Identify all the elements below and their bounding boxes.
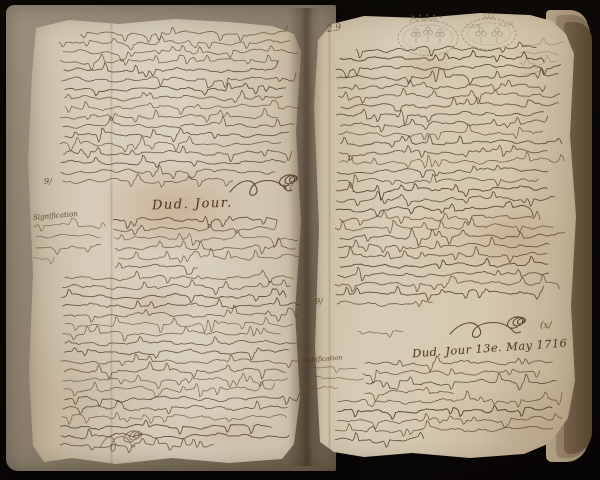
left-page-stain-bottom (162, 410, 282, 456)
right-page-stain-mid (462, 206, 558, 270)
right-page (302, 6, 586, 466)
left-page-stain-mid (116, 280, 200, 332)
right-page-edge-shading (302, 6, 586, 466)
right-page-stain-top (394, 48, 458, 86)
left-page-edge-shading (24, 12, 310, 468)
manuscript-photo: GEN CON Dud. Jour. Dud. Jour 13e. May 17… (0, 0, 600, 480)
left-page (24, 12, 310, 468)
left-page-stain-large (99, 160, 249, 252)
right-page-crease (328, 6, 331, 466)
left-page-crease (110, 12, 113, 468)
